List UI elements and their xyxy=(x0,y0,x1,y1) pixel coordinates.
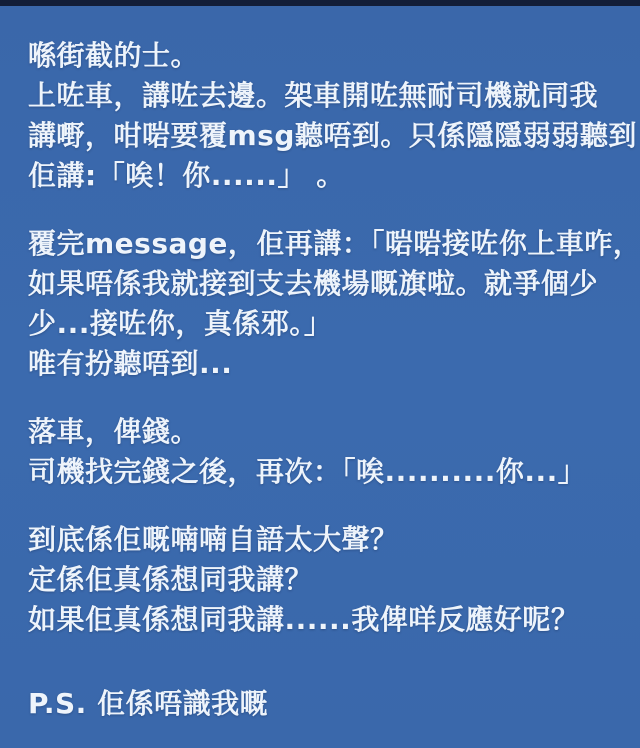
story-line: 上咗車，講咗去邊。架車開咗無耐司機就同我 xyxy=(28,76,620,116)
story-line: 講嘢，咁啱要覆msg聽唔到。只係隱隱弱弱聽到 xyxy=(28,116,620,156)
story-line: 佢講:「唉！你......」 。 xyxy=(28,156,620,196)
story-line: 覆完message，佢再講：「啱啱接咗你上車咋， xyxy=(28,224,620,264)
story-line: 定係佢真係想同我講？ xyxy=(28,560,620,600)
story-paragraph-driver-talk: 覆完message，佢再講：「啱啱接咗你上車咋， 如果唔係我就接到支去機場嘅旗啦… xyxy=(28,224,620,384)
story-paragraph-taxi-hail: 喺街截的士。 上咗車，講咗去邊。架車開咗無耐司機就同我 講嘢，咁啱要覆msg聽唔… xyxy=(28,36,620,196)
story-line: 落車，俾錢。 xyxy=(28,412,620,452)
story-text-block: 喺街截的士。 上咗車，講咗去邊。架車開咗無耐司機就同我 講嘢，咁啱要覆msg聽唔… xyxy=(0,6,640,724)
story-line: 唯有扮聽唔到... xyxy=(28,344,620,384)
story-line: 如果佢真係想同我講......我俾咩反應好呢？ xyxy=(28,600,620,640)
story-line: 司機找完錢之後，再次：「唉..........你...」 xyxy=(28,452,620,492)
story-line: 喺街截的士。 xyxy=(28,36,620,76)
story-paragraph-questions: 到底係佢嘅喃喃自語太大聲？ 定係佢真係想同我講？ 如果佢真係想同我講......… xyxy=(28,520,620,640)
story-line: 如果唔係我就接到支去機場嘅旗啦。就爭個少 xyxy=(28,264,620,304)
story-line: 到底係佢嘅喃喃自語太大聲？ xyxy=(28,520,620,560)
story-line: P.S. 佢係唔識我嘅 xyxy=(28,684,620,724)
post-screenshot: 喺街截的士。 上咗車，講咗去邊。架車開咗無耐司機就同我 講嘢，咁啱要覆msg聽唔… xyxy=(0,0,640,748)
story-line: 少...接咗你，真係邪。」 xyxy=(28,304,620,344)
story-paragraph-postscript: P.S. 佢係唔識我嘅 xyxy=(28,684,620,724)
story-paragraph-payment: 落車，俾錢。 司機找完錢之後，再次：「唉..........你...」 xyxy=(28,412,620,492)
